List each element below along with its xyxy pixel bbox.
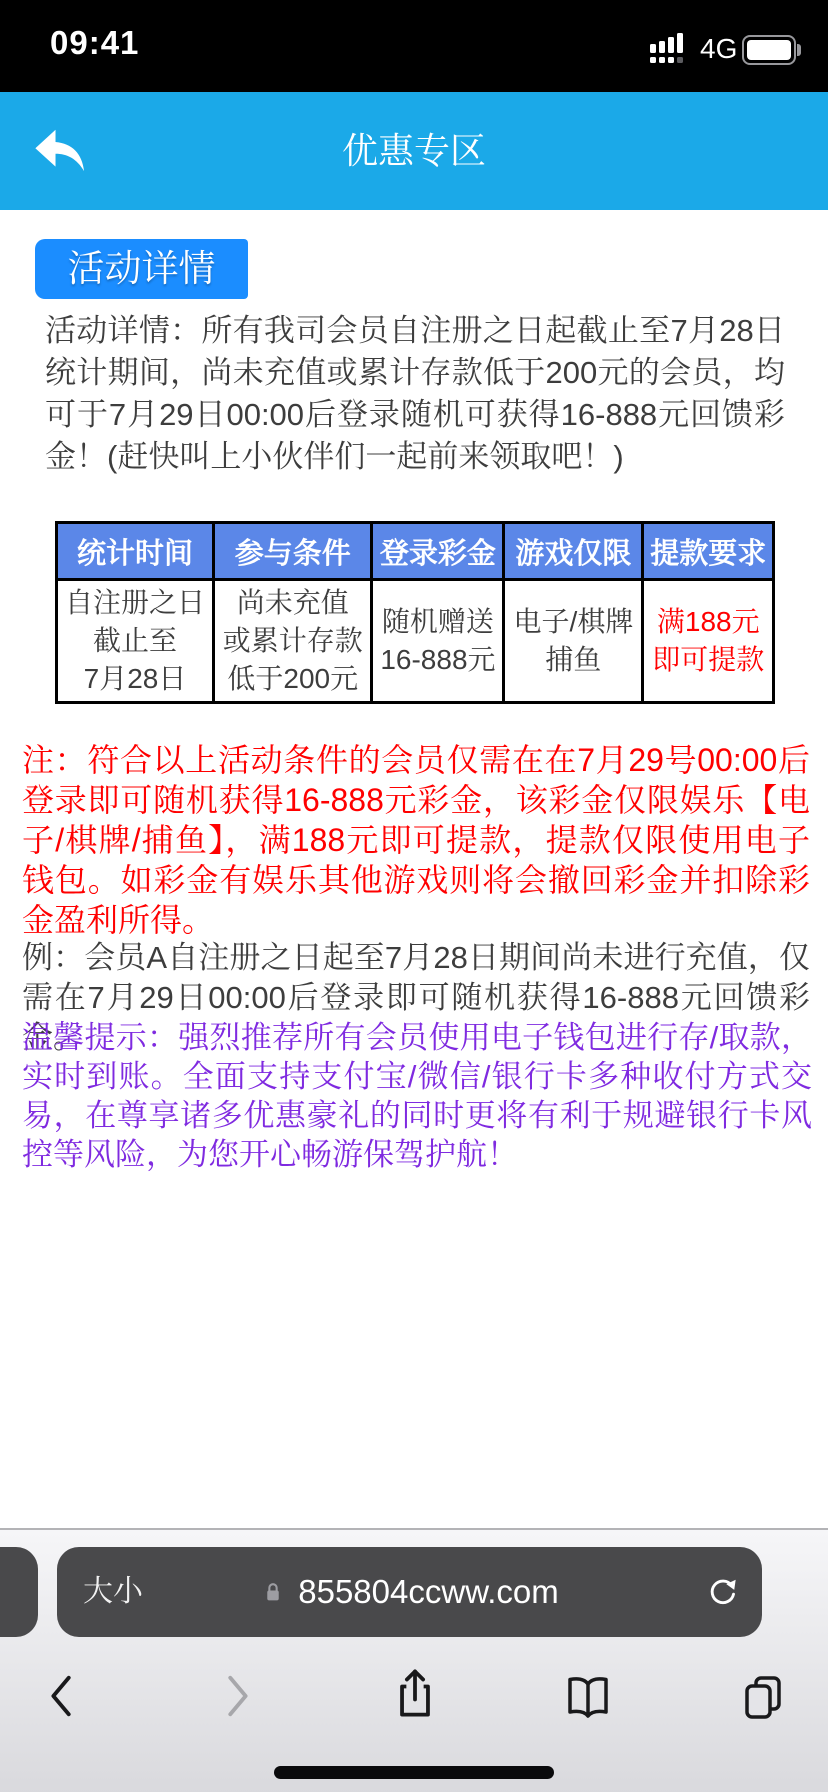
table-cell-time: 自注册之日截止至7月28日 [57, 580, 214, 703]
battery-nub [797, 44, 801, 56]
table-cell-games: 电子/棋牌捕鱼 [504, 580, 643, 703]
bookmarks-book-icon [563, 1672, 613, 1722]
status-time: 09:41 [50, 24, 139, 62]
address-bar-center: 855804ccww.com [57, 1547, 762, 1637]
tabs-button[interactable] [738, 1672, 786, 1720]
signal-icon [650, 33, 690, 67]
home-indicator[interactable] [274, 1766, 554, 1779]
note-paragraph: 注：符合以上活动条件的会员仅需在在7月29号00:00后登录即可随机获得16-8… [22, 740, 810, 940]
text-size-button[interactable]: 大小 [83, 1547, 143, 1637]
table-cell-bonus: 随机赠送16-888元 [372, 580, 504, 703]
reload-icon [704, 1574, 740, 1610]
table-header-cell: 统计时间 [57, 523, 214, 580]
table-header-cell: 登录彩金 [372, 523, 504, 580]
back-button[interactable] [32, 123, 88, 179]
network-type-label: 4G [700, 33, 737, 65]
reply-arrow-icon [32, 123, 88, 179]
table-cell-condition: 尚未充值或累计存款低于200元 [214, 580, 372, 703]
share-button[interactable] [388, 1666, 436, 1714]
table-body-row: 自注册之日截止至7月28日 尚未充值或累计存款低于200元 随机赠送16-888… [57, 580, 774, 703]
signal-bars-icon [650, 33, 690, 53]
padlock-icon [260, 1577, 286, 1607]
table-header-cell: 参与条件 [214, 523, 372, 580]
share-icon [388, 1666, 442, 1720]
battery-icon [742, 35, 796, 65]
address-bar[interactable]: 855804ccww.com 大小 [57, 1547, 762, 1637]
reload-button[interactable] [704, 1574, 740, 1610]
adjacent-tab-peek[interactable] [0, 1547, 38, 1637]
signal-dots-icon [650, 57, 690, 63]
intro-paragraph: 活动详情：所有我司会员自注册之日起截止至7月28日统计期间，尚未充值或累计存款低… [45, 310, 785, 478]
back-chevron-icon [38, 1672, 86, 1720]
screen: 09:41 4G 优惠专区 活动详情 活动详情：所有我司会员自注册之日起截止至7… [0, 0, 828, 1792]
table-header-row: 统计时间 参与条件 登录彩金 游戏仅限 提款要求 [57, 523, 774, 580]
tip-paragraph: 温馨提示：强烈推荐所有会员使用电子钱包进行存/取款，实时到账。全面支持支付宝/微… [22, 1018, 812, 1174]
section-badge: 活动详情 [35, 239, 248, 299]
table-header-cell: 游戏仅限 [504, 523, 643, 580]
forward-chevron-icon [213, 1672, 261, 1720]
page-title: 优惠专区 [0, 92, 828, 210]
browser-back-button[interactable] [38, 1672, 86, 1720]
page-header: 优惠专区 [0, 92, 828, 210]
tabs-icon [738, 1672, 788, 1722]
browser-bottom-bar: 855804ccww.com 大小 [0, 1528, 828, 1792]
bookmarks-button[interactable] [563, 1672, 611, 1720]
table-header-cell: 提款要求 [643, 523, 774, 580]
url-text: 855804ccww.com [298, 1573, 558, 1611]
promo-table: 统计时间 参与条件 登录彩金 游戏仅限 提款要求 自注册之日截止至7月28日 尚… [55, 521, 775, 704]
browser-forward-button[interactable] [213, 1672, 261, 1720]
status-bar: 09:41 4G [0, 0, 828, 92]
battery-fill [747, 40, 791, 60]
table-cell-withdraw: 满188元即可提款 [643, 580, 774, 703]
